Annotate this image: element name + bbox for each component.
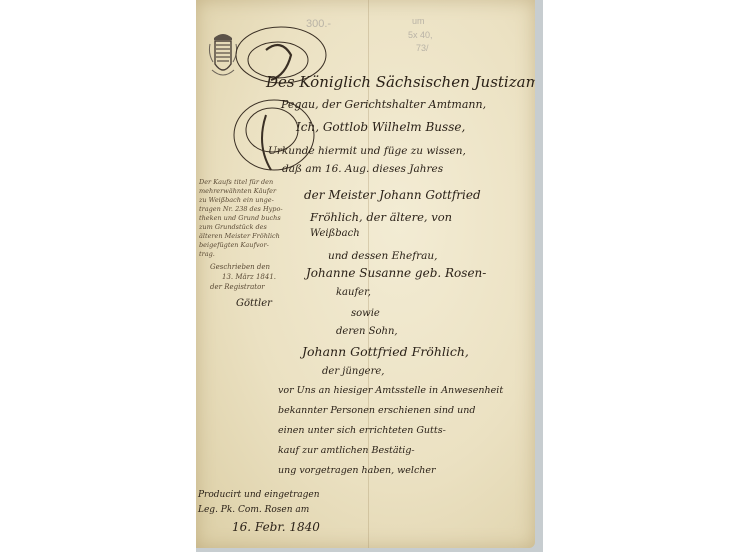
body-line: der jüngere, <box>322 366 384 377</box>
margin-signature: Göttler <box>236 298 272 309</box>
footer-note-line: Leg. Pk. Com. Rosen am <box>198 505 309 515</box>
margin-note-line: Geschrieben den <box>210 263 270 272</box>
margin-note-line: 13. März 1841. <box>222 273 276 282</box>
margin-note-line: tragen Nr. 238 des Hypo- <box>199 205 283 214</box>
body-line: Ich, Gottlob Wilhelm Busse, <box>296 120 465 134</box>
margin-note-line: Der Kaufs titel für den <box>199 178 273 187</box>
margin-note-line: theken und Grund buchs <box>199 214 281 223</box>
body-line: kauf zur amtlichen Bestätig- <box>278 445 415 456</box>
document-page: 300.- um 5x 40, 73/ Des Königlich Sächsi… <box>196 0 535 548</box>
body-line: kaufer, <box>336 287 371 298</box>
margin-note-line: älteren Meister Fröhlich <box>199 232 280 241</box>
body-line: deren Sohn, <box>336 326 398 337</box>
margin-note-line: trag. <box>199 250 215 259</box>
footer-note-line: Producirt und eingetragen <box>198 490 320 500</box>
body-line: sowie <box>351 308 380 319</box>
body-line: Urkunde hiermit und füge zu wissen, <box>268 145 466 157</box>
footer-date: 16. Febr. 1840 <box>232 520 320 534</box>
body-line: daß am 16. Aug. dieses Jahres <box>282 163 443 175</box>
margin-note-line: zu Weißbach ein unge- <box>199 196 274 205</box>
body-line: Pegau, der Gerichtshalter Amtmann, <box>281 98 486 111</box>
body-line: Weißbach <box>310 228 360 239</box>
margin-note-line: mehrerwähnten Käufer <box>199 187 276 196</box>
body-line: vor Uns an hiesiger Amtsstelle in Anwese… <box>278 385 503 396</box>
pencil-ref-2: 5x 40, <box>408 30 433 40</box>
body-line: ung vorgetragen haben, welcher <box>278 465 436 476</box>
margin-note-line: zum Grundstück des <box>199 223 267 232</box>
margin-note-line: der Registrator <box>210 283 265 292</box>
body-line: Johann Gottfried Fröhlich, <box>302 344 469 359</box>
body-line: Johanne Susanne geb. Rosen- <box>306 266 486 280</box>
body-line: bekannter Personen erschienen sind und <box>278 405 475 416</box>
body-line: und dessen Ehefrau, <box>328 250 438 262</box>
body-line: Fröhlich, der ältere, von <box>310 210 452 224</box>
body-line: einen unter sich errichteten Gutts- <box>278 425 446 436</box>
pencil-ref-1: um <box>412 16 425 26</box>
body-line: der Meister Johann Gottfried <box>304 188 481 202</box>
document-heading: Des Königlich Sächsischen Justizamtes <box>266 73 535 91</box>
margin-note-line: beigefügten Kaufvor- <box>199 241 269 250</box>
pencil-ref-3: 73/ <box>416 43 429 53</box>
